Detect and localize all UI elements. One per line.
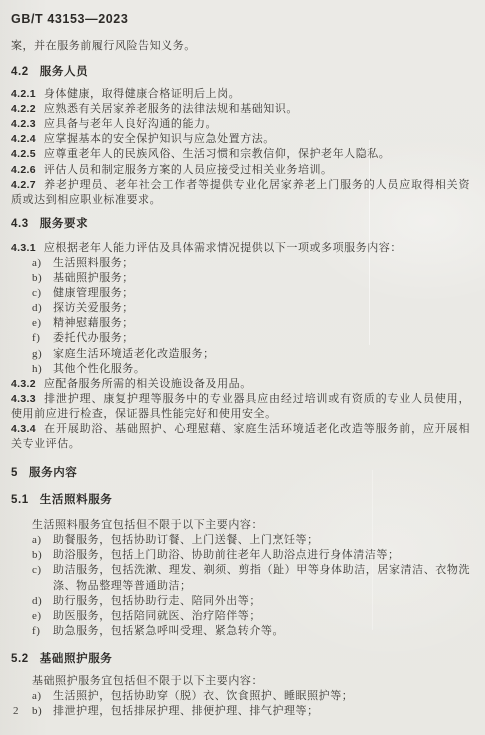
clause-text: 应熟悉有关居家养老服务的法律法规和基础知识。 — [44, 103, 298, 115]
section-5-1-intro: 生活照料服务宜包括但不限于以下主要内容： — [11, 518, 470, 533]
clause-number: 4.2.4 — [11, 133, 36, 145]
clause-number: 4.2.5 — [11, 148, 36, 160]
section-5-2-intro: 基础照护服务宜包括但不限于以下主要内容： — [11, 674, 470, 689]
list-item-a: a)生活照料服务； — [11, 256, 470, 271]
section-title: 服务人员 — [40, 65, 88, 80]
list-letter: a) — [32, 533, 53, 548]
clause-4-2-2: 4.2.2应熟悉有关居家养老服务的法律法规和基础知识。 — [11, 102, 470, 117]
clause-number: 4.3.3 — [11, 393, 36, 405]
document-page: GB/T 43153—2023 案，并在服务前履行风险告知义务。 4.2 服务人… — [0, 0, 485, 735]
list-item-f: f)委托代办服务； — [11, 331, 470, 346]
list-item-b: b)基础照护服务； — [11, 271, 470, 286]
list-letter: a) — [32, 689, 53, 704]
list-item-f: f)助急服务，包括紧急呼叫受理、紧急转介等。 — [11, 624, 470, 639]
list-item-c: c)助洁服务，包括洗漱、理发、剃须、剪指（趾）甲等身体助洁，居家清洁、衣物洗涤、… — [11, 563, 470, 593]
clause-number: 4.3.2 — [11, 378, 36, 390]
section-heading-5-1: 5.1 生活照料服务 — [11, 493, 470, 508]
list-letter: b) — [32, 704, 53, 719]
carryover-paragraph: 案，并在服务前履行风险告知义务。 — [11, 39, 470, 54]
list-text: 委托代办服务； — [53, 331, 470, 346]
clause-number: 4.3.1 — [11, 242, 36, 254]
list-item-a: a)助餐服务，包括协助订餐、上门送餐、上门烹饪等； — [11, 533, 470, 548]
clause-text: 在开展助浴、基础照护、心理慰藉、家庭生活环境适老化改造等服务前，应开展相关专业评… — [11, 423, 470, 450]
clause-text: 排泄护理、康复护理等服务中的专业器具应由经过培训或有资质的专业人员使用，使用前应… — [11, 393, 470, 420]
clause-number: 4.2.2 — [11, 103, 36, 115]
list-text: 助洁服务，包括洗漱、理发、剃须、剪指（趾）甲等身体助洁，居家清洁、衣物洗涤、物品… — [53, 563, 470, 593]
list-item-h: h)其他个性化服务。 — [11, 362, 470, 377]
list-item-b: b)排泄护理，包括排尿护理、排便护理、排气护理等； — [11, 704, 470, 719]
list-text: 助餐服务，包括协助订餐、上门送餐、上门烹饪等； — [53, 533, 470, 548]
section-heading-4-3: 4.3 服务要求 — [11, 217, 470, 232]
clause-text: 养老护理员、老年社会工作者等提供专业化居家养老上门服务的人员应取得相关资质或达到… — [11, 179, 470, 206]
list-item-d: d)助行服务，包括协助行走、陪同外出等； — [11, 594, 470, 609]
list-text: 助行服务，包括协助行走、陪同外出等； — [53, 594, 470, 609]
list-letter: e) — [32, 316, 53, 331]
list-text: 基础照护服务； — [53, 271, 470, 286]
list-item-c: c)健康管理服务； — [11, 286, 470, 301]
list-letter: b) — [32, 271, 53, 286]
clause-number: 4.2.1 — [11, 88, 36, 100]
list-item-e: e)精神慰藉服务； — [11, 316, 470, 331]
clause-number: 4.2.3 — [11, 118, 36, 130]
list-text: 家庭生活环境适老化改造服务； — [53, 347, 470, 362]
chapter-heading-5: 5 服务内容 — [11, 466, 470, 481]
list-item-e: e)助医服务，包括陪同就医、治疗陪伴等； — [11, 609, 470, 624]
list-letter: c) — [32, 286, 53, 301]
list-item-d: d)探访关爱服务； — [11, 301, 470, 316]
section-number: 5.1 — [11, 493, 29, 508]
clause-4-3-1: 4.3.1应根据老年人能力评估及具体需求情况提供以下一项或多项服务内容： — [11, 241, 470, 256]
chapter-number: 5 — [11, 466, 18, 481]
list-text: 助浴服务，包括上门助浴、协助前往老年人助浴点进行身体清洁等； — [53, 548, 470, 563]
list-letter: d) — [32, 301, 53, 316]
running-header-standard-number: GB/T 43153—2023 — [11, 12, 470, 26]
clause-number: 4.2.6 — [11, 164, 36, 176]
list-text: 探访关爱服务； — [53, 301, 470, 316]
list-letter: c) — [32, 563, 53, 593]
list-item-a: a)生活照护，包括协助穿（脱）衣、饮食照护、睡眠照护等； — [11, 689, 470, 704]
clause-text: 应配备服务所需的相关设施设备及用品。 — [44, 378, 252, 390]
clause-number: 4.3.4 — [11, 423, 36, 435]
section-heading-5-2: 5.2 基础照护服务 — [11, 652, 470, 667]
list-text: 生活照护，包括协助穿（脱）衣、饮食照护、睡眠照护等； — [53, 689, 470, 704]
scan-crease — [369, 140, 370, 345]
clause-4-3-2: 4.3.2应配备服务所需的相关设施设备及用品。 — [11, 377, 470, 392]
page-number: 2 — [13, 705, 19, 717]
section-title: 基础照护服务 — [40, 652, 113, 667]
clause-text: 评估人员和制定服务方案的人员应接受过相关业务培训。 — [44, 164, 333, 176]
section-number: 4.3 — [11, 217, 29, 232]
list-letter: f) — [32, 331, 53, 346]
list-text: 健康管理服务； — [53, 286, 470, 301]
clause-4-2-7: 4.2.7养老护理员、老年社会工作者等提供专业化居家养老上门服务的人员应取得相关… — [11, 178, 470, 208]
chapter-title: 服务内容 — [29, 466, 77, 481]
clause-4-2-6: 4.2.6评估人员和制定服务方案的人员应接受过相关业务培训。 — [11, 163, 470, 178]
list-letter: a) — [32, 256, 53, 271]
section-heading-4-2: 4.2 服务人员 — [11, 65, 470, 80]
list-letter: f) — [32, 624, 53, 639]
scan-crease — [372, 470, 373, 630]
list-letter: b) — [32, 548, 53, 563]
list-text: 其他个性化服务。 — [53, 362, 470, 377]
clause-4-2-3: 4.2.3应具备与老年人良好沟通的能力。 — [11, 117, 470, 132]
clause-text: 身体健康，取得健康合格证明后上岗。 — [44, 88, 240, 100]
clause-4-2-4: 4.2.4应掌握基本的安全保护知识与应急处置方法。 — [11, 132, 470, 147]
clause-4-3-4: 4.3.4在开展助浴、基础照护、心理慰藉、家庭生活环境适老化改造等服务前，应开展… — [11, 422, 470, 452]
clause-number: 4.2.7 — [11, 179, 36, 191]
clause-text: 应掌握基本的安全保护知识与应急处置方法。 — [44, 133, 275, 145]
clause-4-3-3: 4.3.3排泄护理、康复护理等服务中的专业器具应由经过培训或有资质的专业人员使用… — [11, 392, 470, 422]
list-text: 助医服务，包括陪同就医、治疗陪伴等； — [53, 609, 470, 624]
section-title: 生活照料服务 — [40, 493, 113, 508]
clause-text: 应具备与老年人良好沟通的能力。 — [44, 118, 217, 130]
section-number: 5.2 — [11, 652, 29, 667]
list-text: 排泄护理，包括排尿护理、排便护理、排气护理等； — [53, 704, 470, 719]
list-letter: d) — [32, 594, 53, 609]
list-text: 生活照料服务； — [53, 256, 470, 271]
list-letter: g) — [32, 347, 53, 362]
list-letter: h) — [32, 362, 53, 377]
clause-4-2-1: 4.2.1身体健康，取得健康合格证明后上岗。 — [11, 87, 470, 102]
clause-text: 应根据老年人能力评估及具体需求情况提供以下一项或多项服务内容： — [44, 242, 402, 254]
list-text: 精神慰藉服务； — [53, 316, 470, 331]
list-item-g: g)家庭生活环境适老化改造服务； — [11, 347, 470, 362]
section-number: 4.2 — [11, 65, 29, 80]
clause-text: 应尊重老年人的民族风俗、生活习惯和宗教信仰，保护老年人隐私。 — [44, 148, 391, 160]
clause-4-2-5: 4.2.5应尊重老年人的民族风俗、生活习惯和宗教信仰，保护老年人隐私。 — [11, 147, 470, 162]
section-title: 服务要求 — [40, 217, 88, 232]
list-letter: e) — [32, 609, 53, 624]
list-text: 助急服务，包括紧急呼叫受理、紧急转介等。 — [53, 624, 470, 639]
list-item-b: b)助浴服务，包括上门助浴、协助前往老年人助浴点进行身体清洁等； — [11, 548, 470, 563]
